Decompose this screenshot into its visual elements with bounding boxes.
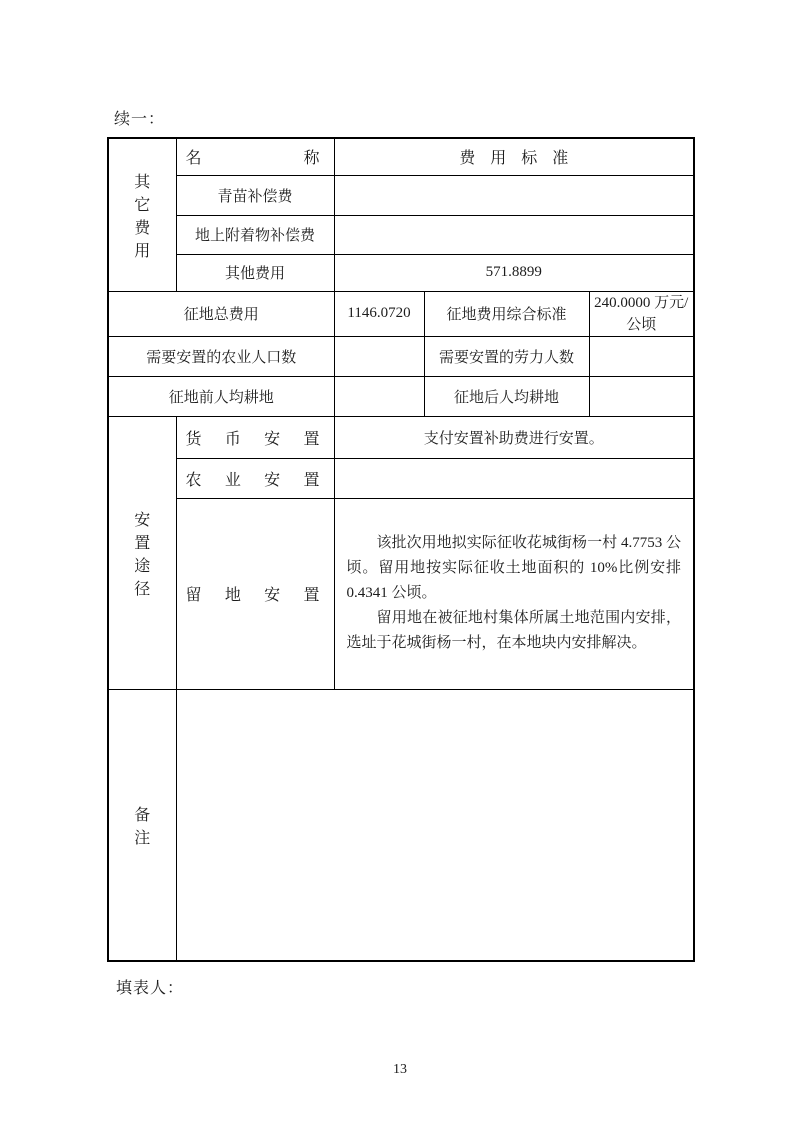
- agricultural-resettlement-label-text: 农业安置: [177, 467, 334, 490]
- remarks-value: [176, 689, 694, 961]
- other-fees-stub-label: 其它费用: [109, 157, 176, 273]
- ground-attachments-compensation-value: [334, 215, 694, 254]
- land-acquisition-fee-table: 其它费用 名称 费用标准 青苗补偿费 地上附着物补偿费 其他费用 571.889…: [107, 137, 695, 962]
- ground-attachments-compensation-label: 地上附着物补偿费: [176, 215, 334, 254]
- page-number: 13: [0, 1062, 800, 1078]
- reserved-land-paragraph-1: 该批次用地拟实际征收花城街杨一村 4.7753 公顷。留用地按实际征收土地面积的…: [347, 531, 682, 606]
- reserved-land-resettlement-value: 该批次用地拟实际征收花城街杨一村 4.7753 公顷。留用地按实际征收土地面积的…: [334, 498, 694, 689]
- labor-count-value: [589, 336, 694, 376]
- document-page: 续一： 其它费用 名称 费用标准 青苗补偿费 地上附着物补偿费 其他费用 571…: [0, 0, 800, 1131]
- total-land-fee-value: 1146.0720: [334, 291, 424, 336]
- total-land-fee-label: 征地总费用: [108, 291, 334, 336]
- per-capita-farmland-before-value: [334, 376, 424, 416]
- monetary-resettlement-label-text: 货币安置: [177, 426, 334, 449]
- agricultural-resettlement-label: 农业安置: [176, 458, 334, 498]
- per-capita-farmland-before-label: 征地前人均耕地: [108, 376, 334, 416]
- remarks-stub: 备注: [108, 689, 176, 961]
- monetary-resettlement-value: 支付安置补助费进行安置。: [334, 416, 694, 458]
- resettlement-route-stub: 安置途径: [108, 416, 176, 689]
- green-crop-compensation-value: [334, 175, 694, 215]
- column-header-name: 名称: [176, 138, 334, 175]
- other-fee-value: 571.8899: [334, 254, 694, 291]
- agricultural-resettlement-value: [334, 458, 694, 498]
- resettlement-route-stub-label: 安置途径: [109, 491, 176, 615]
- comprehensive-standard-value: 240.0000 万元/公顷: [589, 291, 694, 336]
- form-filler-label: 填表人：: [116, 975, 184, 998]
- green-crop-compensation-label: 青苗补偿费: [176, 175, 334, 215]
- agri-population-value: [334, 336, 424, 376]
- per-capita-farmland-after-value: [589, 376, 694, 416]
- remarks-stub-label: 备注: [109, 750, 176, 900]
- monetary-resettlement-label: 货币安置: [176, 416, 334, 458]
- column-header-fee-standard: 费用标准: [334, 138, 694, 175]
- comprehensive-standard-label: 征地费用综合标准: [424, 291, 589, 336]
- column-header-name-label: 名称: [177, 145, 334, 168]
- other-fees-stub: 其它费用: [108, 138, 176, 291]
- reserved-land-resettlement-label: 留地安置: [176, 498, 334, 689]
- continuation-label: 续一：: [114, 106, 165, 129]
- agri-population-label: 需要安置的农业人口数: [108, 336, 334, 376]
- labor-count-label: 需要安置的劳力人数: [424, 336, 589, 376]
- reserved-land-resettlement-label-text: 留地安置: [177, 582, 334, 605]
- reserved-land-paragraph-2: 留用地在被征地村集体所属土地范围内安排，选址于花城街杨一村，在本地块内安排解决。: [347, 606, 682, 656]
- other-fee-label: 其他费用: [176, 254, 334, 291]
- per-capita-farmland-after-label: 征地后人均耕地: [424, 376, 589, 416]
